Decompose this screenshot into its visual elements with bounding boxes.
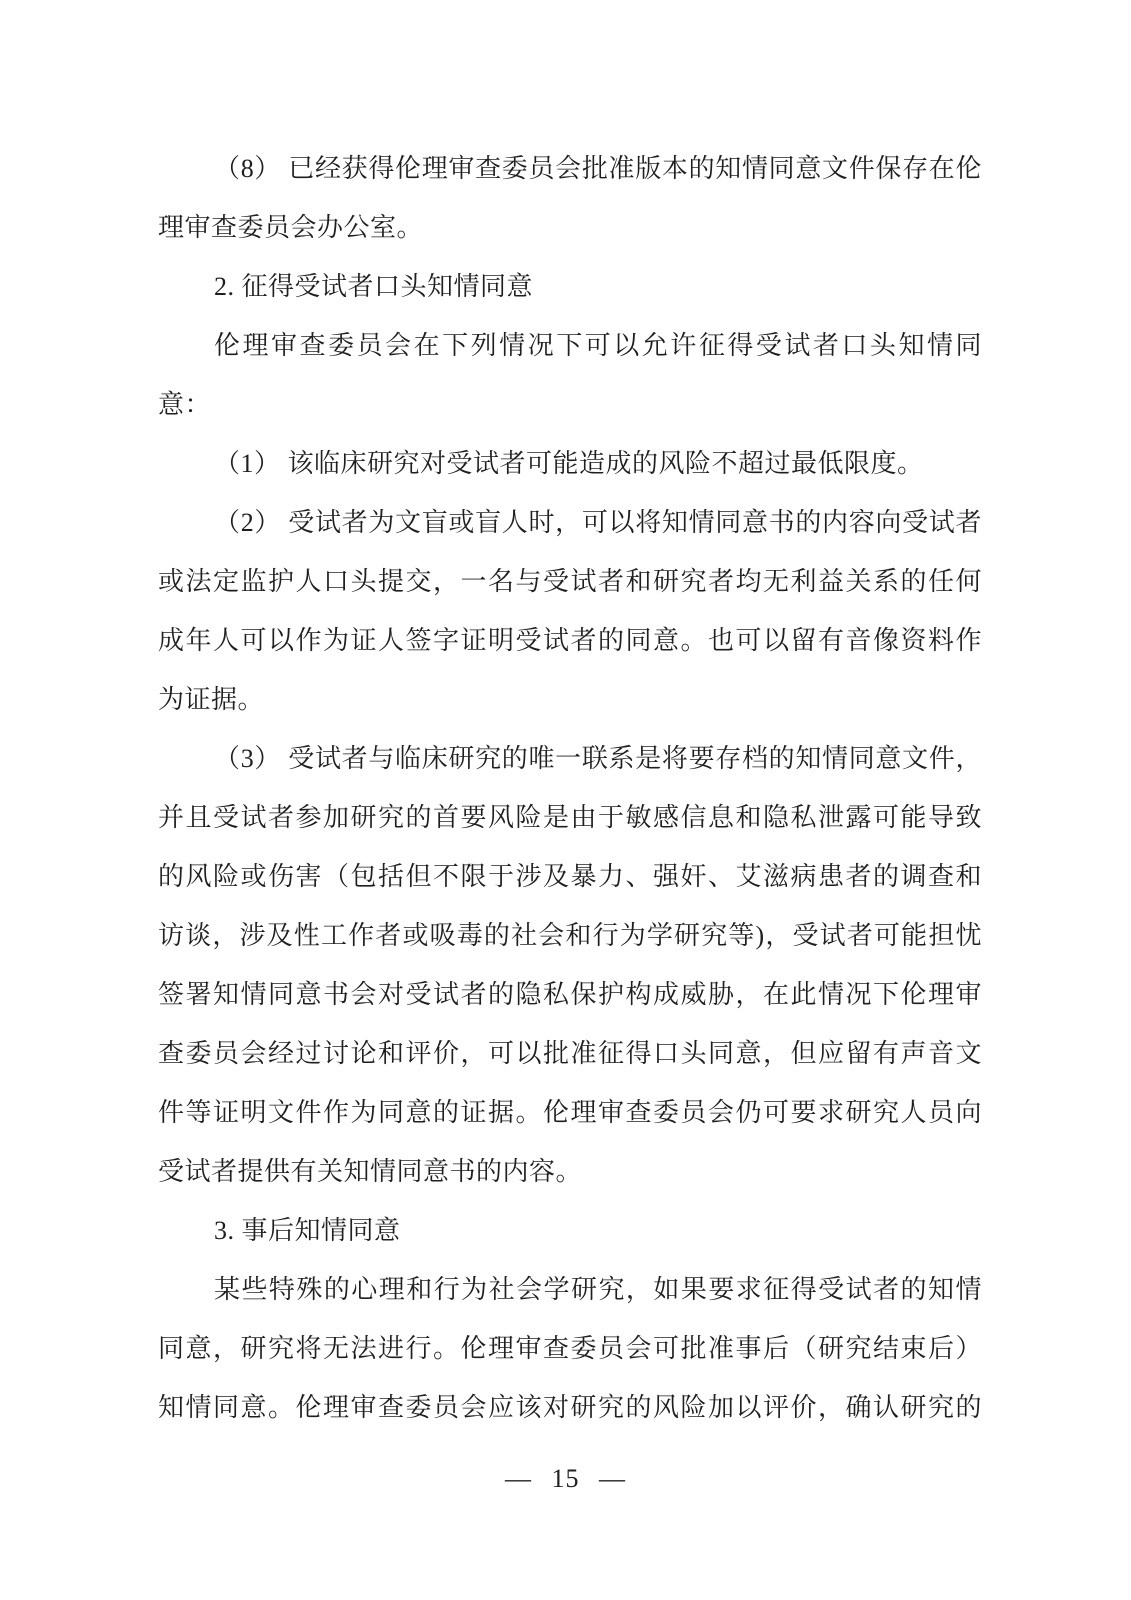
paragraph-item-3: （3） 受试者与临床研究的唯一联系是将要存档的知情同意文件， 并且受试者参加研究… [158, 729, 982, 1201]
text-line: 知情同意。伦理审查委员会应该对研究的风险加以评价，确认研究的 [158, 1378, 982, 1437]
text-line: 意： [158, 375, 982, 434]
text-line: 签署知情同意书会对受试者的隐私保护构成威胁，在此情况下伦理审 [158, 965, 982, 1024]
text-line: （3） 受试者与临床研究的唯一联系是将要存档的知情同意文件， [158, 729, 982, 788]
heading-oral-consent: 2. 征得受试者口头知情同意 [158, 257, 982, 316]
section-heading: 2. 征得受试者口头知情同意 [158, 257, 982, 316]
text-line: （2） 受试者为文盲或盲人时，可以将知情同意书的内容向受试者 [158, 493, 982, 552]
text-line: 同意，研究将无法进行。伦理审查委员会可批准事后（研究结束后） [158, 1319, 982, 1378]
text-line: 查委员会经过讨论和评价，可以批准征得口头同意，但应留有声音文 [158, 1024, 982, 1083]
text-line: 为证据。 [158, 670, 982, 729]
text-line: （8） 已经获得伦理审查委员会批准版本的知情同意文件保存在伦 [158, 139, 982, 198]
paragraph-post-hoc-consent: 某些特殊的心理和行为社会学研究，如果要求征得受试者的知情 同意，研究将无法进行。… [158, 1260, 982, 1437]
text-line: 成年人可以作为证人签字证明受试者的同意。也可以留有音像资料作 [158, 611, 982, 670]
paragraph-item-1: （1） 该临床研究对受试者可能造成的风险不超过最低限度。 [158, 434, 982, 493]
page-number: — 15 — [0, 1464, 1131, 1494]
text-block: （8） 已经获得伦理审查委员会批准版本的知情同意文件保存在伦 理审查委员会办公室… [158, 139, 982, 1437]
paragraph-item-2: （2） 受试者为文盲或盲人时，可以将知情同意书的内容向受试者 或法定监护人口头提… [158, 493, 982, 729]
text-line: （1） 该临床研究对受试者可能造成的风险不超过最低限度。 [158, 434, 982, 493]
text-line: 理审查委员会办公室。 [158, 198, 982, 257]
text-line: 的风险或伤害（包括但不限于涉及暴力、强奸、艾滋病患者的调查和 [158, 847, 982, 906]
text-line: 伦理审查委员会在下列情况下可以允许征得受试者口头知情同 [158, 316, 982, 375]
text-line: 受试者提供有关知情同意书的内容。 [158, 1142, 982, 1201]
text-line: 或法定监护人口头提交，一名与受试者和研究者均无利益关系的任何 [158, 552, 982, 611]
text-line: 件等证明文件作为同意的证据。伦理审查委员会仍可要求研究人员向 [158, 1083, 982, 1142]
text-line: 访谈，涉及性工作者或吸毒的社会和行为学研究等)，受试者可能担忧 [158, 906, 982, 965]
section-heading: 3. 事后知情同意 [158, 1201, 982, 1260]
paragraph-oral-consent-intro: 伦理审查委员会在下列情况下可以允许征得受试者口头知情同 意： [158, 316, 982, 434]
document-page: （8） 已经获得伦理审查委员会批准版本的知情同意文件保存在伦 理审查委员会办公室… [0, 0, 1131, 1600]
text-line: 并且受试者参加研究的首要风险是由于敏感信息和隐私泄露可能导致 [158, 788, 982, 847]
paragraph-8-item: （8） 已经获得伦理审查委员会批准版本的知情同意文件保存在伦 理审查委员会办公室… [158, 139, 982, 257]
text-line: 某些特殊的心理和行为社会学研究，如果要求征得受试者的知情 [158, 1260, 982, 1319]
heading-post-hoc-consent: 3. 事后知情同意 [158, 1201, 982, 1260]
